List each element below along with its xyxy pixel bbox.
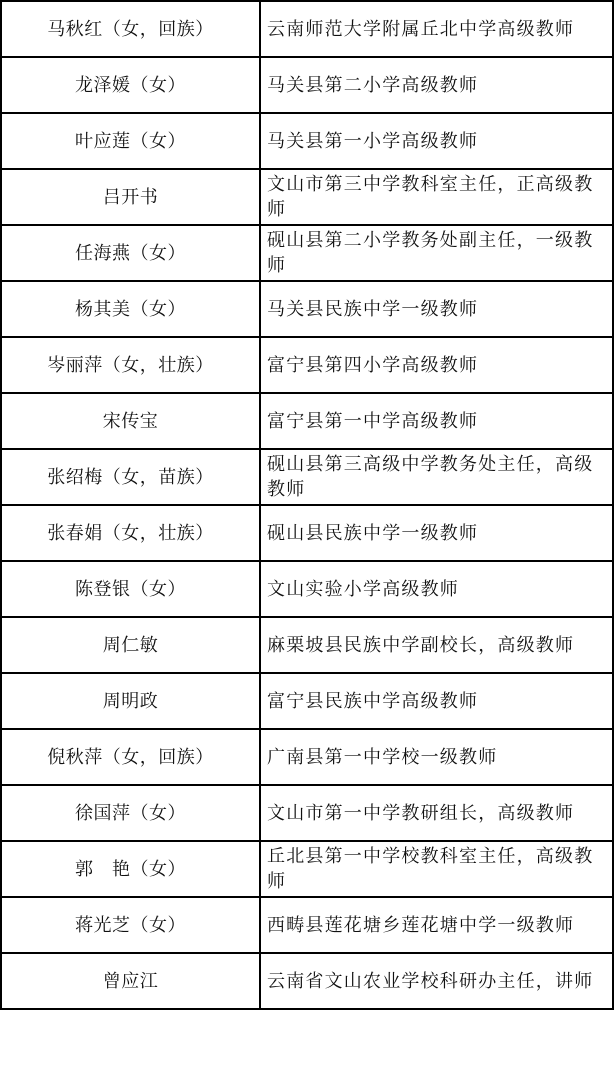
name-cell: 周明政: [1, 673, 260, 729]
name-cell: 张春娟（女，壮族）: [1, 505, 260, 561]
position-cell: 砚山县第三高级中学教务处主任，高级教师: [260, 449, 613, 505]
position-cell: 西畴县莲花塘乡莲花塘中学一级教师: [260, 897, 613, 953]
table-row: 吕开书 文山市第三中学教科室主任，正高级教师: [1, 169, 613, 225]
table-row: 岑丽萍（女，壮族） 富宁县第四小学高级教师: [1, 337, 613, 393]
table-row: 倪秋萍（女，回族） 广南县第一中学校一级教师: [1, 729, 613, 785]
teacher-roster-table: 马秋红（女，回族） 云南师范大学附属丘北中学高级教师 龙泽媛（女） 马关县第二小…: [0, 0, 614, 1010]
position-cell: 富宁县第一中学高级教师: [260, 393, 613, 449]
table-row: 张绍梅（女，苗族） 砚山县第三高级中学教务处主任，高级教师: [1, 449, 613, 505]
position-cell: 云南省文山农业学校科研办主任，讲师: [260, 953, 613, 1009]
table-row: 徐国萍（女） 文山市第一中学教研组长，高级教师: [1, 785, 613, 841]
name-cell: 杨其美（女）: [1, 281, 260, 337]
position-cell: 丘北县第一中学校教科室主任，高级教师: [260, 841, 613, 897]
position-cell: 麻栗坡县民族中学副校长，高级教师: [260, 617, 613, 673]
table-row: 陈登银（女） 文山实验小学高级教师: [1, 561, 613, 617]
roster-body: 马秋红（女，回族） 云南师范大学附属丘北中学高级教师 龙泽媛（女） 马关县第二小…: [1, 1, 613, 1009]
name-cell: 任海燕（女）: [1, 225, 260, 281]
name-cell: 徐国萍（女）: [1, 785, 260, 841]
name-cell: 曾应江: [1, 953, 260, 1009]
table-row: 周仁敏 麻栗坡县民族中学副校长，高级教师: [1, 617, 613, 673]
position-cell: 云南师范大学附属丘北中学高级教师: [260, 1, 613, 57]
position-cell: 文山市第一中学教研组长，高级教师: [260, 785, 613, 841]
name-cell: 蒋光芝（女）: [1, 897, 260, 953]
table-row: 周明政 富宁县民族中学高级教师: [1, 673, 613, 729]
name-cell: 吕开书: [1, 169, 260, 225]
position-cell: 马关县第二小学高级教师: [260, 57, 613, 113]
position-cell: 砚山县第二小学教务处副主任，一级教师: [260, 225, 613, 281]
name-cell: 马秋红（女，回族）: [1, 1, 260, 57]
name-cell: 龙泽媛（女）: [1, 57, 260, 113]
name-cell: 张绍梅（女，苗族）: [1, 449, 260, 505]
name-cell: 岑丽萍（女，壮族）: [1, 337, 260, 393]
position-cell: 马关县第一小学高级教师: [260, 113, 613, 169]
table-row: 叶应莲（女） 马关县第一小学高级教师: [1, 113, 613, 169]
table-row: 张春娟（女，壮族） 砚山县民族中学一级教师: [1, 505, 613, 561]
position-cell: 富宁县民族中学高级教师: [260, 673, 613, 729]
table-row: 曾应江 云南省文山农业学校科研办主任，讲师: [1, 953, 613, 1009]
name-cell: 倪秋萍（女，回族）: [1, 729, 260, 785]
table-row: 马秋红（女，回族） 云南师范大学附属丘北中学高级教师: [1, 1, 613, 57]
name-cell: 宋传宝: [1, 393, 260, 449]
name-cell: 周仁敏: [1, 617, 260, 673]
position-cell: 富宁县第四小学高级教师: [260, 337, 613, 393]
table-row: 郭 艳（女） 丘北县第一中学校教科室主任，高级教师: [1, 841, 613, 897]
name-cell: 陈登银（女）: [1, 561, 260, 617]
position-cell: 砚山县民族中学一级教师: [260, 505, 613, 561]
name-cell: 郭 艳（女）: [1, 841, 260, 897]
table-row: 龙泽媛（女） 马关县第二小学高级教师: [1, 57, 613, 113]
table-row: 蒋光芝（女） 西畴县莲花塘乡莲花塘中学一级教师: [1, 897, 613, 953]
position-cell: 文山市第三中学教科室主任，正高级教师: [260, 169, 613, 225]
position-cell: 文山实验小学高级教师: [260, 561, 613, 617]
table-row: 宋传宝 富宁县第一中学高级教师: [1, 393, 613, 449]
position-cell: 马关县民族中学一级教师: [260, 281, 613, 337]
name-cell: 叶应莲（女）: [1, 113, 260, 169]
table-row: 任海燕（女） 砚山县第二小学教务处副主任，一级教师: [1, 225, 613, 281]
position-cell: 广南县第一中学校一级教师: [260, 729, 613, 785]
table-row: 杨其美（女） 马关县民族中学一级教师: [1, 281, 613, 337]
